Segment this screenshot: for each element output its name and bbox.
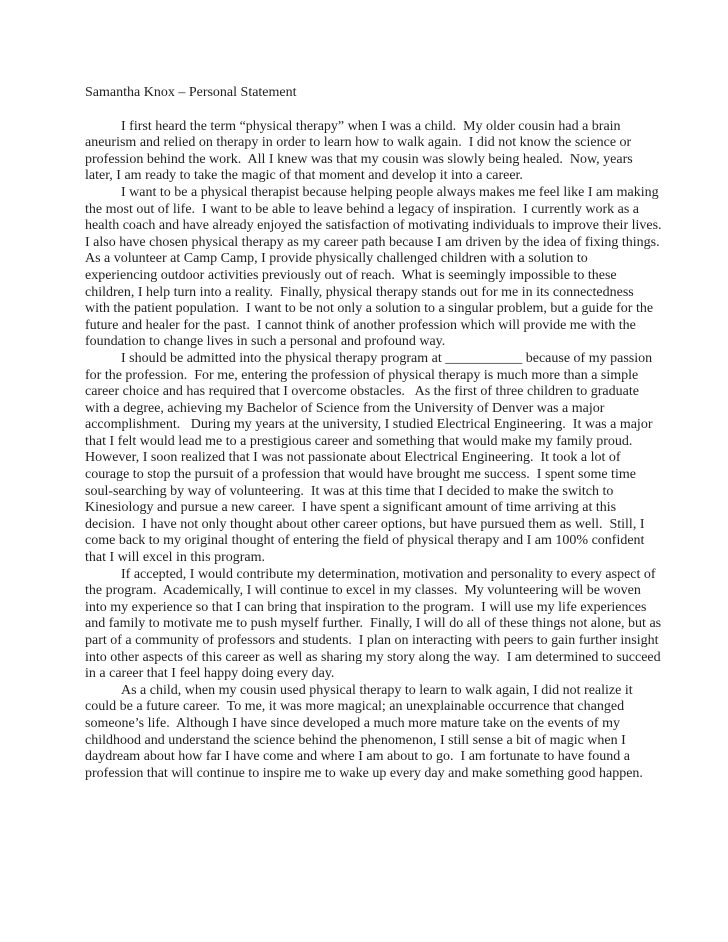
paragraph: I should be admitted into the physical t…: [85, 351, 662, 567]
paragraph: I want to be a physical therapist becaus…: [85, 185, 662, 351]
document-body: I first heard the term “physical therapy…: [85, 119, 662, 783]
paragraph: I first heard the term “physical therapy…: [85, 119, 662, 185]
paragraph: As a child, when my cousin used physical…: [85, 683, 662, 783]
document-page: Samantha Knox – Personal Statement I fir…: [0, 0, 728, 942]
document-title: Samantha Knox – Personal Statement: [85, 85, 662, 102]
paragraph: If accepted, I would contribute my deter…: [85, 567, 662, 683]
